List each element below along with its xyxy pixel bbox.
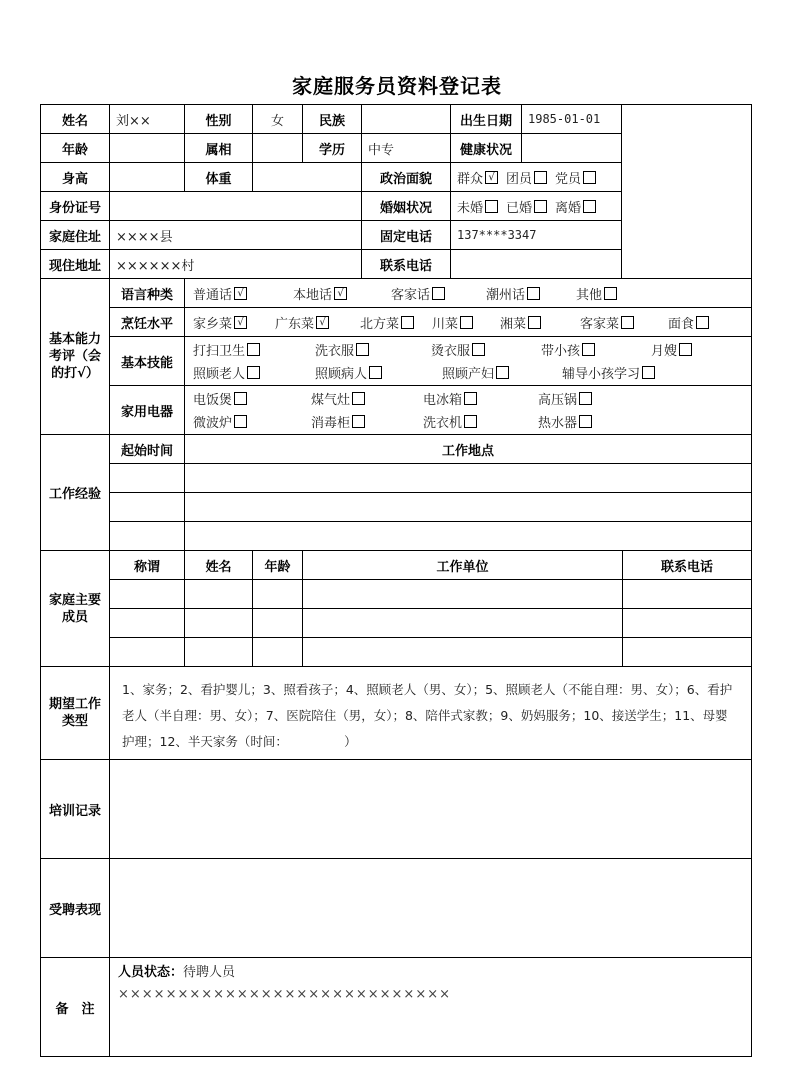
education-field[interactable]: 中专 — [361, 133, 451, 163]
option-label: 未婚 — [457, 197, 483, 216]
skill-option-maternal-care[interactable]: 照顾产妇 — [442, 363, 562, 382]
option-label: 党员 — [555, 168, 581, 187]
checkbox-icon[interactable] — [401, 316, 414, 329]
option-label: 广东菜 — [275, 313, 314, 332]
checkbox-icon[interactable] — [528, 316, 541, 329]
cooking-option-noodles[interactable]: 面食 — [668, 313, 709, 332]
option-label: 本地话 — [293, 284, 332, 303]
marital-option-married[interactable]: 已婚 — [506, 197, 547, 216]
option-label: 面食 — [668, 313, 694, 332]
checkbox-icon[interactable] — [485, 200, 498, 213]
option-label: 洗衣服 — [315, 340, 354, 359]
work-start-time-cell[interactable] — [109, 521, 185, 551]
option-label: 已婚 — [506, 197, 532, 216]
weight-field[interactable] — [252, 162, 362, 192]
work-location-header: 工作地点 — [184, 434, 752, 464]
home-address-label: 家庭住址 — [40, 220, 110, 250]
language-option-mandarin[interactable]: 普通话√ — [193, 284, 293, 303]
work-location-cell[interactable] — [184, 521, 752, 551]
remarks-note: ×××××××××××××××××××××××××××× — [118, 984, 451, 1006]
family-cell[interactable] — [622, 608, 752, 638]
checkbox-icon[interactable] — [356, 343, 369, 356]
height-label: 身高 — [40, 162, 110, 192]
photo-area — [621, 104, 752, 279]
option-label: 其他 — [576, 284, 602, 303]
option-label: 洗衣机 — [423, 412, 462, 431]
political-option-masses[interactable]: 群众√ — [457, 168, 498, 187]
language-option-local[interactable]: 本地话√ — [293, 284, 391, 303]
skills-options: 打扫卫生 洗衣服 烫衣服 带小孩 月嫂 照顾老人 照顾病人 照顾产妇 辅导小孩学… — [184, 336, 752, 386]
option-label: 客家菜 — [580, 313, 619, 332]
skill-option-postpartum-nanny[interactable]: 月嫂 — [651, 340, 692, 359]
option-label: 烫衣服 — [431, 340, 470, 359]
employment-performance-field[interactable] — [109, 858, 752, 958]
birth-date-field[interactable]: 1985-01-01 — [521, 104, 622, 134]
checkbox-icon[interactable] — [496, 366, 509, 379]
checkbox-icon[interactable] — [642, 366, 655, 379]
contact-phone-label: 联系电话 — [361, 249, 451, 279]
family-cell[interactable] — [109, 637, 185, 667]
language-option-hakka[interactable]: 客家话 — [391, 284, 486, 303]
option-label: 家乡菜 — [193, 313, 232, 332]
member-age-header: 年龄 — [252, 550, 303, 580]
cooking-option-cantonese[interactable]: 广东菜√ — [275, 313, 360, 332]
option-label: 潮州话 — [486, 284, 525, 303]
employer-header: 工作单位 — [302, 550, 623, 580]
family-cell[interactable] — [252, 608, 303, 638]
health-label: 健康状况 — [450, 133, 522, 163]
checkbox-icon[interactable] — [534, 171, 547, 184]
id-number-field[interactable] — [109, 191, 362, 221]
checkbox-checked-icon[interactable]: √ — [234, 316, 247, 329]
appliance-option-microwave[interactable]: 微波炉 — [193, 412, 311, 431]
skill-option-childcare[interactable]: 带小孩 — [541, 340, 651, 359]
checkbox-icon[interactable] — [352, 392, 365, 405]
family-cell[interactable] — [184, 579, 253, 609]
checkbox-checked-icon[interactable]: √ — [334, 287, 347, 300]
checkbox-icon[interactable] — [464, 392, 477, 405]
family-cell[interactable] — [622, 579, 752, 609]
checkbox-icon[interactable] — [604, 287, 617, 300]
option-label: 北方菜 — [360, 313, 399, 332]
checkbox-icon[interactable] — [472, 343, 485, 356]
family-cell[interactable] — [184, 637, 253, 667]
contact-phone-field[interactable] — [450, 249, 622, 279]
remarks-label: 备 注 — [40, 957, 110, 1057]
family-cell[interactable] — [302, 608, 623, 638]
political-option-league[interactable]: 团员 — [506, 168, 547, 187]
checkbox-icon[interactable] — [679, 343, 692, 356]
option-label: 团员 — [506, 168, 532, 187]
checkbox-checked-icon[interactable]: √ — [234, 287, 247, 300]
option-label: 普通话 — [193, 284, 232, 303]
option-label: 微波炉 — [193, 412, 232, 431]
expected-work-types[interactable]: 1、家务；2、看护婴儿；3、照看孩子；4、照顾老人（男、女）；5、照顾老人（不能… — [109, 666, 752, 760]
checkbox-icon[interactable] — [234, 415, 247, 428]
name-label: 姓名 — [40, 104, 110, 134]
cooking-option-hometown[interactable]: 家乡菜√ — [193, 313, 275, 332]
family-cell[interactable] — [622, 637, 752, 667]
family-cell[interactable] — [302, 637, 623, 667]
cooking-option-hakka[interactable]: 客家菜 — [580, 313, 668, 332]
cooking-label: 烹饪水平 — [109, 307, 185, 337]
marital-option-single[interactable]: 未婚 — [457, 197, 498, 216]
option-label: 照顾产妇 — [442, 363, 494, 382]
checkbox-icon[interactable] — [247, 343, 260, 356]
family-members-label: 家庭主要成员 — [40, 550, 110, 667]
age-field[interactable] — [109, 133, 185, 163]
checkbox-icon[interactable] — [464, 415, 477, 428]
language-option-teochew[interactable]: 潮州话 — [486, 284, 576, 303]
checkbox-icon[interactable] — [352, 415, 365, 428]
home-address-field[interactable]: ××××县 — [109, 220, 362, 250]
option-label: 电饭煲 — [193, 389, 232, 408]
id-number-label: 身份证号 — [40, 191, 110, 221]
option-label: 月嫂 — [651, 340, 677, 359]
work-start-time-cell[interactable] — [109, 492, 185, 522]
option-label: 客家话 — [391, 284, 430, 303]
family-cell[interactable] — [302, 579, 623, 609]
landline-field[interactable]: 137****3347 — [450, 220, 622, 250]
expected-work-label: 期望工作类型 — [40, 666, 110, 760]
political-option-party[interactable]: 党员 — [555, 168, 596, 187]
marital-status-label: 婚姻状况 — [361, 191, 451, 221]
work-location-cell[interactable] — [184, 492, 752, 522]
checkbox-icon[interactable] — [579, 415, 592, 428]
start-time-header: 起始时间 — [109, 434, 185, 464]
remarks-field[interactable]: 人员状态：待聘人员 ×××××××××××××××××××××××××××× — [109, 957, 752, 1057]
appliance-option-pressure-cooker[interactable]: 高压锅 — [538, 389, 592, 408]
health-field[interactable] — [521, 133, 622, 163]
checkbox-checked-icon[interactable]: √ — [485, 171, 498, 184]
checkbox-icon[interactable] — [579, 392, 592, 405]
option-label: 消毒柜 — [311, 412, 350, 431]
option-label: 离婚 — [555, 197, 581, 216]
checkbox-icon[interactable] — [369, 366, 382, 379]
marital-option-divorced[interactable]: 离婚 — [555, 197, 596, 216]
ethnicity-label: 民族 — [302, 104, 362, 134]
training-record-label: 培训记录 — [40, 759, 110, 859]
option-label: 川菜 — [432, 313, 458, 332]
option-label: 电冰箱 — [423, 389, 462, 408]
appliances-options: 电饭煲 煤气灶 电冰箱 高压锅 微波炉 消毒柜 洗衣机 热水器 — [184, 385, 752, 435]
checkbox-checked-icon[interactable]: √ — [316, 316, 329, 329]
skills-label: 基本技能 — [109, 336, 185, 386]
training-record-field[interactable] — [109, 759, 752, 859]
zodiac-field[interactable] — [252, 133, 303, 163]
checkbox-icon[interactable] — [432, 287, 445, 300]
status-value: 待聘人员 — [183, 965, 235, 980]
height-field[interactable] — [109, 162, 185, 192]
family-cell[interactable] — [109, 579, 185, 609]
zodiac-label: 属相 — [184, 133, 253, 163]
option-label: 热水器 — [538, 412, 577, 431]
family-cell[interactable] — [109, 608, 185, 638]
cooking-option-northern[interactable]: 北方菜 — [360, 313, 432, 332]
language-option-other[interactable]: 其他 — [576, 284, 617, 303]
option-label: 群众 — [457, 168, 483, 187]
landline-label: 固定电话 — [361, 220, 451, 250]
family-cell[interactable] — [252, 579, 303, 609]
appliance-option-gas-stove[interactable]: 煤气灶 — [311, 389, 423, 408]
personnel-status: 人员状态：待聘人员 — [118, 962, 235, 984]
checkbox-icon[interactable] — [696, 316, 709, 329]
checkbox-icon[interactable] — [583, 171, 596, 184]
birth-date-label: 出生日期 — [450, 104, 522, 134]
gender-label: 性别 — [184, 104, 253, 134]
skill-option-cleaning[interactable]: 打扫卫生 — [193, 340, 315, 359]
status-label: 人员状态： — [118, 965, 183, 980]
checkbox-icon[interactable] — [582, 343, 595, 356]
ethnicity-field[interactable] — [361, 104, 451, 134]
form-title: 家庭服务员资料登记表 — [0, 70, 794, 99]
checkbox-icon[interactable] — [621, 316, 634, 329]
skill-option-patient-care[interactable]: 照顾病人 — [315, 363, 442, 382]
cooking-option-sichuan[interactable]: 川菜 — [432, 313, 500, 332]
option-label: 辅导小孩学习 — [562, 363, 640, 382]
checkbox-icon[interactable] — [460, 316, 473, 329]
political-status-options: 群众√ 团员 党员 — [450, 162, 622, 192]
name-field[interactable]: 刘×× — [109, 104, 185, 134]
checkbox-icon[interactable] — [527, 287, 540, 300]
work-start-time-cell[interactable] — [109, 463, 185, 493]
current-address-label: 现住地址 — [40, 249, 110, 279]
checkbox-icon[interactable] — [583, 200, 596, 213]
option-label: 带小孩 — [541, 340, 580, 359]
skill-option-ironing[interactable]: 烫衣服 — [431, 340, 541, 359]
appliance-option-washing-machine[interactable]: 洗衣机 — [423, 412, 538, 431]
appliance-option-sterilizer[interactable]: 消毒柜 — [311, 412, 423, 431]
gender-field[interactable]: 女 — [252, 104, 303, 134]
age-label: 年龄 — [40, 133, 110, 163]
relation-header: 称谓 — [109, 550, 185, 580]
language-label: 语言种类 — [109, 278, 185, 308]
skill-option-laundry[interactable]: 洗衣服 — [315, 340, 431, 359]
cooking-options: 家乡菜√ 广东菜√ 北方菜 川菜 湘菜 客家菜 面食 — [184, 307, 752, 337]
appliances-label: 家用电器 — [109, 385, 185, 435]
family-cell[interactable] — [252, 637, 303, 667]
skill-option-tutoring[interactable]: 辅导小孩学习 — [562, 363, 655, 382]
option-label: 打扫卫生 — [193, 340, 245, 359]
option-label: 高压锅 — [538, 389, 577, 408]
option-label: 照顾老人 — [193, 363, 245, 382]
employment-performance-label: 受聘表现 — [40, 858, 110, 958]
checkbox-icon[interactable] — [234, 392, 247, 405]
current-address-field[interactable]: ××××××村 — [109, 249, 362, 279]
language-options: 普通话√ 本地话√ 客家话 潮州话 其他 — [184, 278, 752, 308]
checkbox-icon[interactable] — [247, 366, 260, 379]
family-cell[interactable] — [184, 608, 253, 638]
member-name-header: 姓名 — [184, 550, 253, 580]
member-phone-header: 联系电话 — [622, 550, 752, 580]
option-label: 照顾病人 — [315, 363, 367, 382]
skill-option-elderly-care[interactable]: 照顾老人 — [193, 363, 315, 382]
work-location-cell[interactable] — [184, 463, 752, 493]
political-status-label: 政治面貌 — [361, 162, 451, 192]
appliance-option-rice-cooker[interactable]: 电饭煲 — [193, 389, 311, 408]
appliance-option-water-heater[interactable]: 热水器 — [538, 412, 592, 431]
work-experience-label: 工作经验 — [40, 434, 110, 551]
marital-status-options: 未婚 已婚 离婚 — [450, 191, 622, 221]
abilities-section-label: 基本能力考评（会的打√） — [40, 278, 110, 435]
education-label: 学历 — [302, 133, 362, 163]
option-label: 湘菜 — [500, 313, 526, 332]
appliance-option-fridge[interactable]: 电冰箱 — [423, 389, 538, 408]
option-label: 煤气灶 — [311, 389, 350, 408]
cooking-option-hunan[interactable]: 湘菜 — [500, 313, 580, 332]
checkbox-icon[interactable] — [534, 200, 547, 213]
weight-label: 体重 — [184, 162, 253, 192]
